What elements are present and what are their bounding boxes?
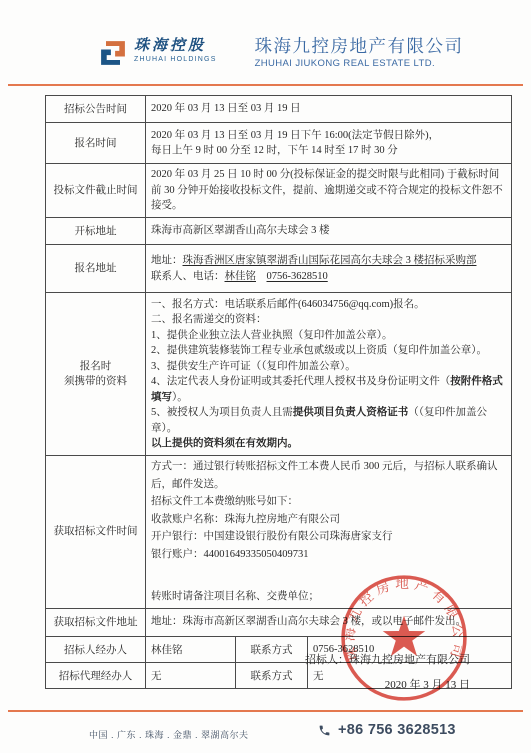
letterhead: 珠海控股 ZHUHAI HOLDINGS 珠海九控房地产有限公司 ZHUHAI … — [99, 36, 521, 70]
text-segment: 4、法定代表人身份证明或其委托代理人授权书及身份证明文件（ — [151, 376, 450, 387]
text-segment: 地址： — [151, 255, 183, 266]
row-label-cell: 联系方式 — [236, 636, 308, 662]
signature-block: 招标人：珠海九控房地产有限公司 2020 年 3 月 13 日 — [305, 648, 470, 698]
row-value-cell: 无 — [146, 662, 236, 688]
content-line: 5、被授权人为项目负责人且需提供项目负责人资格证书（（复印件加盖公章）。 — [151, 405, 506, 436]
text-segment: 0756-3628510 — [267, 271, 328, 282]
company-name-en: ZHUHAI JIUKONG REAL ESTATE LTD. — [255, 57, 464, 70]
row-label-cell: 报名地址 — [46, 245, 146, 293]
row-label-cell: 招标人经办人 — [46, 636, 146, 662]
table-row: 报名时须携带的资料一、报名方式：电话联系后邮件(646034756@qq.com… — [46, 293, 512, 456]
content-line: 收款账户名称：珠海九控房地产有限公司 — [151, 511, 506, 529]
text-segment: 联系人、电话： — [151, 271, 225, 282]
row-label-text: 投标文件截止时间 — [51, 183, 140, 198]
text-segment: 提供项目负责人资格证书 — [293, 407, 409, 418]
company-block: 珠海九控房地产有限公司 ZHUHAI JIUKONG REAL ESTATE L… — [255, 36, 464, 70]
row-label-text: 报名时 — [51, 359, 140, 374]
content-line: 招标文件工本费缴纳账号如下： — [151, 493, 506, 511]
tenderer-line: 招标人：珠海九控房地产有限公司 — [305, 648, 470, 673]
content-line: 方式一：通过银行转账招标文件工本费人民币 300 元后，与招标人联系确认后，邮件… — [151, 458, 506, 493]
row-label-text: 报名时间 — [51, 136, 140, 151]
text-segment — [256, 271, 267, 282]
row-label-text: 获取招标文件地址 — [51, 615, 140, 630]
text-segment: 地址：珠海市高新区翠湖香山高尔夫球会 3 楼，或以电子邮件发出。 — [151, 616, 466, 627]
row-content-cell: 2020 年 03 月 13 日至 03 月 19 日 — [146, 96, 512, 123]
text-segment: 2020 年 03 月 13 日至 03 月 19 日 — [151, 103, 301, 114]
row-label-cell: 招标代理经办人 — [46, 662, 146, 688]
row-label-cell: 报名时须携带的资料 — [46, 293, 146, 456]
row-content-cell: 方式一：通过银行转账招标文件工本费人民币 300 元后，与招标人联系确认后，邮件… — [146, 456, 512, 609]
table-row: 报名地址地址：珠海香洲区唐家镇翠湖香山国际花园高尔夫球会 3 楼招标采购部联系人… — [46, 245, 512, 293]
content-line: 一、报名方式：电话联系后邮件(646034756@qq.com)报名。 — [151, 297, 506, 313]
content-line: 2020 年 03 月 13 日至 03 月 19 日 — [151, 101, 506, 117]
content-line: 2、提供建筑装修装饰工程专业承包贰级或以上资质（复印件加盖公章）。 — [151, 343, 506, 359]
brand-name-cn: 珠海控股 — [134, 36, 217, 55]
content-line: 2020 年 03 月 13 日至 03 月 19 日下午 16:00(法定节假… — [151, 128, 506, 144]
text-segment: 珠海香洲区唐家镇翠湖香山国际花园高尔夫球会 3 楼招标采购部 — [183, 255, 477, 266]
tender-table-body: 招标公告时间2020 年 03 月 13 日至 03 月 19 日报名时间202… — [46, 96, 512, 689]
row-content-cell: 2020 年 03 月 13 日至 03 月 19 日下午 16:00(法定节假… — [146, 123, 512, 164]
content-line: 开户银行：中国建设银行股份有限公司珠海唐家支行 — [151, 528, 506, 546]
row-content-cell: 2020 年 03 月 25 日 10 时 00 分(投标保证金的提交时限与此相… — [146, 164, 512, 218]
footer-address: 中国 . 广东 . 珠海 . 金鼎 . 翠湖高尔夫 — [89, 728, 249, 741]
zhuhai-holdings-logo-icon — [99, 39, 127, 67]
company-name-cn: 珠海九控房地产有限公司 — [255, 36, 464, 57]
text-segment: 转账时请备注项目名称、交费单位； — [151, 591, 319, 602]
row-label-text: 招标公告时间 — [51, 102, 140, 117]
row-label-cell: 报名时间 — [46, 123, 146, 164]
text-segment: 每日上午 9 时 00 分至 12 时，下午 14 时至 17 时 30 分 — [151, 145, 398, 156]
row-label-text: 开标地址 — [51, 224, 140, 239]
row-label-text: 获取招标文件时间 — [51, 524, 140, 539]
content-line: 每日上午 9 时 00 分至 12 时，下午 14 时至 17 时 30 分 — [151, 143, 506, 159]
date-line: 2020 年 3 月 13 日 — [305, 673, 470, 698]
content-line: 地址：珠海香洲区唐家镇翠湖香山国际花园高尔夫球会 3 楼招标采购部 — [151, 253, 506, 269]
text-segment: 二、报名需递交的资料： — [151, 314, 267, 325]
text-segment: 3、提供安生产许可证（（复印件加盖公章）。 — [151, 361, 356, 372]
content-line: 以上提供的资料须在有效期内。 — [151, 436, 506, 452]
footer-phone-block: +86 756 3628513 — [318, 722, 456, 738]
table-row: 投标文件截止时间2020 年 03 月 25 日 10 时 00 分(投标保证金… — [46, 164, 512, 218]
row-content-cell: 珠海市高新区翠湖香山高尔夫球会 3 楼 — [146, 218, 512, 245]
table-row: 获取招标文件时间方式一：通过银行转账招标文件工本费人民币 300 元后，与招标人… — [46, 456, 512, 609]
row-label-cell: 获取招标文件时间 — [46, 456, 146, 609]
content-line — [151, 563, 506, 588]
table-row: 报名时间2020 年 03 月 13 日至 03 月 19 日下午 16:00(… — [46, 123, 512, 164]
row-label-text: 须携带的资料 — [51, 374, 140, 389]
row-label-text: 报名地址 — [51, 261, 140, 276]
text-segment: 以上提供的资料须在有效期内。 — [151, 438, 298, 449]
footer-divider — [8, 710, 523, 712]
text-segment: 林佳铭 — [225, 271, 257, 282]
row-label-cell: 联系方式 — [236, 662, 308, 688]
text-segment: 收款账户名称：珠海九控房地产有限公司 — [151, 514, 340, 525]
row-label-cell: 开标地址 — [46, 218, 146, 245]
content-line: 转账时请备注项目名称、交费单位； — [151, 588, 506, 606]
text-segment: 招标文件工本费缴纳账号如下： — [151, 496, 298, 507]
row-label-cell: 获取招标文件地址 — [46, 608, 146, 636]
content-line: 二、报名需递交的资料： — [151, 312, 506, 328]
text-segment: 开户银行：中国建设银行股份有限公司珠海唐家支行 — [151, 531, 393, 542]
text-segment: 2020 年 03 月 13 日至 03 月 19 日下午 16:00(法定节假… — [151, 130, 439, 141]
table-row: 招标公告时间2020 年 03 月 13 日至 03 月 19 日 — [46, 96, 512, 123]
content-line: 4、法定代表人身份证明或其委托代理人授权书及身份证明文件（按附件格式填写）。 — [151, 374, 506, 405]
row-label-cell: 招标公告时间 — [46, 96, 146, 123]
text-segment: 方式一：通过银行转账招标文件工本费人民币 300 元后，与招标人联系确认后，邮件… — [151, 461, 498, 490]
row-label-cell: 投标文件截止时间 — [46, 164, 146, 218]
tender-table: 招标公告时间2020 年 03 月 13 日至 03 月 19 日报名时间202… — [45, 95, 512, 689]
text-segment: 一、报名方式：电话联系后邮件(646034756@qq.com)报名。 — [151, 299, 425, 310]
row-content-cell: 地址：珠海市高新区翠湖香山高尔夫球会 3 楼，或以电子邮件发出。 — [146, 608, 512, 636]
row-content-cell: 一、报名方式：电话联系后邮件(646034756@qq.com)报名。二、报名需… — [146, 293, 512, 456]
content-line: 银行账户：44001649335050409731 — [151, 546, 506, 564]
content-line: 珠海市高新区翠湖香山高尔夫球会 3 楼 — [151, 223, 506, 239]
text-segment: 2020 年 03 月 25 日 10 时 00 分(投标保证金的提交时限与此相… — [151, 169, 503, 211]
content-line: 联系人、电话：林佳铭 0756-3628510 — [151, 269, 506, 285]
text-segment: ）。 — [172, 392, 188, 403]
text-segment: 5、被授权人为项目负责人且需 — [151, 407, 293, 418]
text-segment: 银行账户：44001649335050409731 — [151, 549, 309, 560]
row-value-cell: 林佳铭 — [146, 636, 236, 662]
row-content-cell: 地址：珠海香洲区唐家镇翠湖香山国际花园高尔夫球会 3 楼招标采购部联系人、电话：… — [146, 245, 512, 293]
phone-icon — [318, 724, 331, 737]
text-segment: 珠海市高新区翠湖香山高尔夫球会 3 楼 — [151, 225, 330, 236]
content-line: 2020 年 03 月 25 日 10 时 00 分(投标保证金的提交时限与此相… — [151, 167, 506, 214]
content-line: 3、提供安生产许可证（（复印件加盖公章）。 — [151, 359, 506, 375]
content-line: 地址：珠海市高新区翠湖香山高尔夫球会 3 楼，或以电子邮件发出。 — [151, 614, 506, 630]
text-segment: 1、提供企业独立法人营业执照（复印件加盖公章）。 — [151, 330, 393, 341]
table-row: 开标地址珠海市高新区翠湖香山高尔夫球会 3 楼 — [46, 218, 512, 245]
footer-phone-number: +86 756 3628513 — [338, 722, 456, 738]
text-segment: 2、提供建筑装修装饰工程专业承包贰级或以上资质（复印件加盖公章）。 — [151, 345, 487, 356]
brand-block: 珠海控股 ZHUHAI HOLDINGS — [134, 36, 217, 64]
document-page: 珠海控股 ZHUHAI HOLDINGS 珠海九控房地产有限公司 ZHUHAI … — [0, 0, 531, 753]
header-divider — [8, 84, 523, 86]
content-line: 1、提供企业独立法人营业执照（复印件加盖公章）。 — [151, 328, 506, 344]
brand-name-en: ZHUHAI HOLDINGS — [134, 55, 217, 64]
table-row: 获取招标文件地址地址：珠海市高新区翠湖香山高尔夫球会 3 楼，或以电子邮件发出。 — [46, 608, 512, 636]
